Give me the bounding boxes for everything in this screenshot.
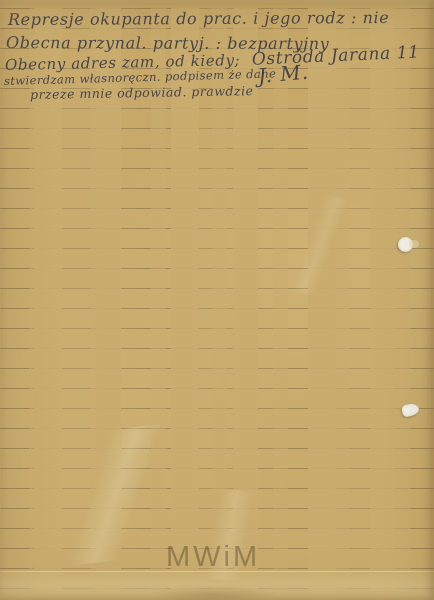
scanned-document-page: Represje okupanta do prac. i jego rodz :… bbox=[0, 0, 434, 600]
handwritten-line-repressions: Represje okupanta do prac. i jego rodz :… bbox=[8, 8, 389, 29]
paper-fold-edge bbox=[0, 571, 434, 600]
signature-initials: J. M. bbox=[257, 60, 310, 88]
hole-punch-top bbox=[398, 237, 413, 252]
museum-watermark: MWiM bbox=[166, 541, 260, 574]
